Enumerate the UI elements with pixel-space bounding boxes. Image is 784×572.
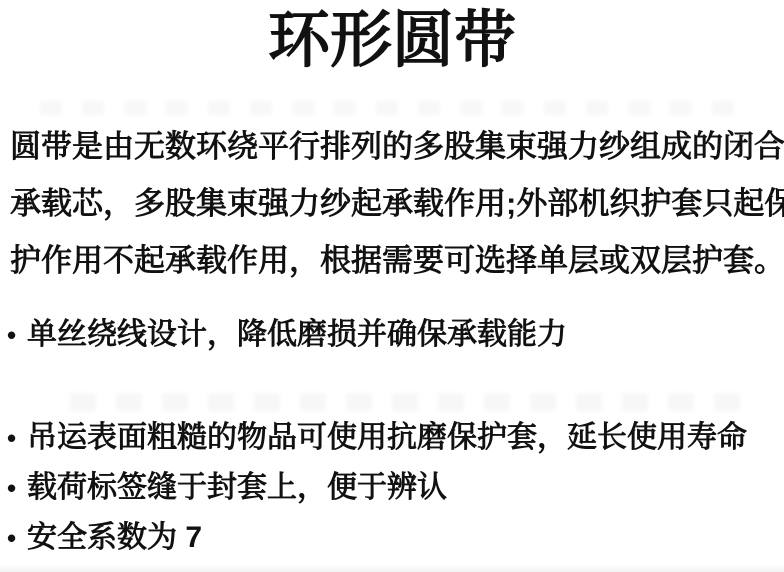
feature-text: 载荷标签缝于封套上，便于辨认	[27, 471, 447, 504]
list-item: •吊运表面粗糙的物品可使用抗磨保护套，延长使用寿命	[7, 413, 778, 463]
bullet-icon: •	[7, 310, 27, 360]
list-item: •安全系数为 7	[7, 513, 778, 563]
list-item: •载荷标签缝于封套上，便于辨认	[7, 463, 778, 513]
scan-artifact	[0, 565, 784, 572]
page-title: 环形圆带	[0, 5, 784, 77]
feature-text: 单丝绕线设计，降低磨损并确保承载能力	[27, 318, 567, 351]
feature-text: 安全系数为 7	[27, 521, 202, 554]
bullet-icon: •	[7, 513, 27, 563]
bullet-icon: •	[7, 463, 27, 513]
paragraph-line-2: 承载芯，多股集束强力纱起承载作用;外部机织护套只起保	[10, 175, 778, 232]
scan-artifact	[70, 393, 744, 411]
feature-text: 吊运表面粗糙的物品可使用抗磨保护套，延长使用寿命	[27, 421, 747, 454]
intro-paragraph: 圆带是由无数环绕平行排列的多股集束强力纱组成的闭合 承载芯，多股集束强力纱起承载…	[10, 118, 778, 289]
paragraph-line-3: 护作用不起承载作用，根据需要可选择单层或双层护套。	[10, 232, 778, 289]
feature-list-secondary: •吊运表面粗糙的物品可使用抗磨保护套，延长使用寿命 •载荷标签缝于封套上，便于辨…	[7, 413, 778, 563]
list-item: •单丝绕线设计，降低磨损并确保承载能力	[7, 310, 778, 360]
bullet-icon: •	[7, 413, 27, 463]
product-description-page: 环形圆带 圆带是由无数环绕平行排列的多股集束强力纱组成的闭合 承载芯，多股集束强…	[0, 0, 784, 572]
feature-list-primary: •单丝绕线设计，降低磨损并确保承载能力	[7, 310, 778, 360]
paragraph-line-1: 圆带是由无数环绕平行排列的多股集束强力纱组成的闭合	[10, 118, 778, 175]
scan-artifact	[40, 101, 754, 115]
